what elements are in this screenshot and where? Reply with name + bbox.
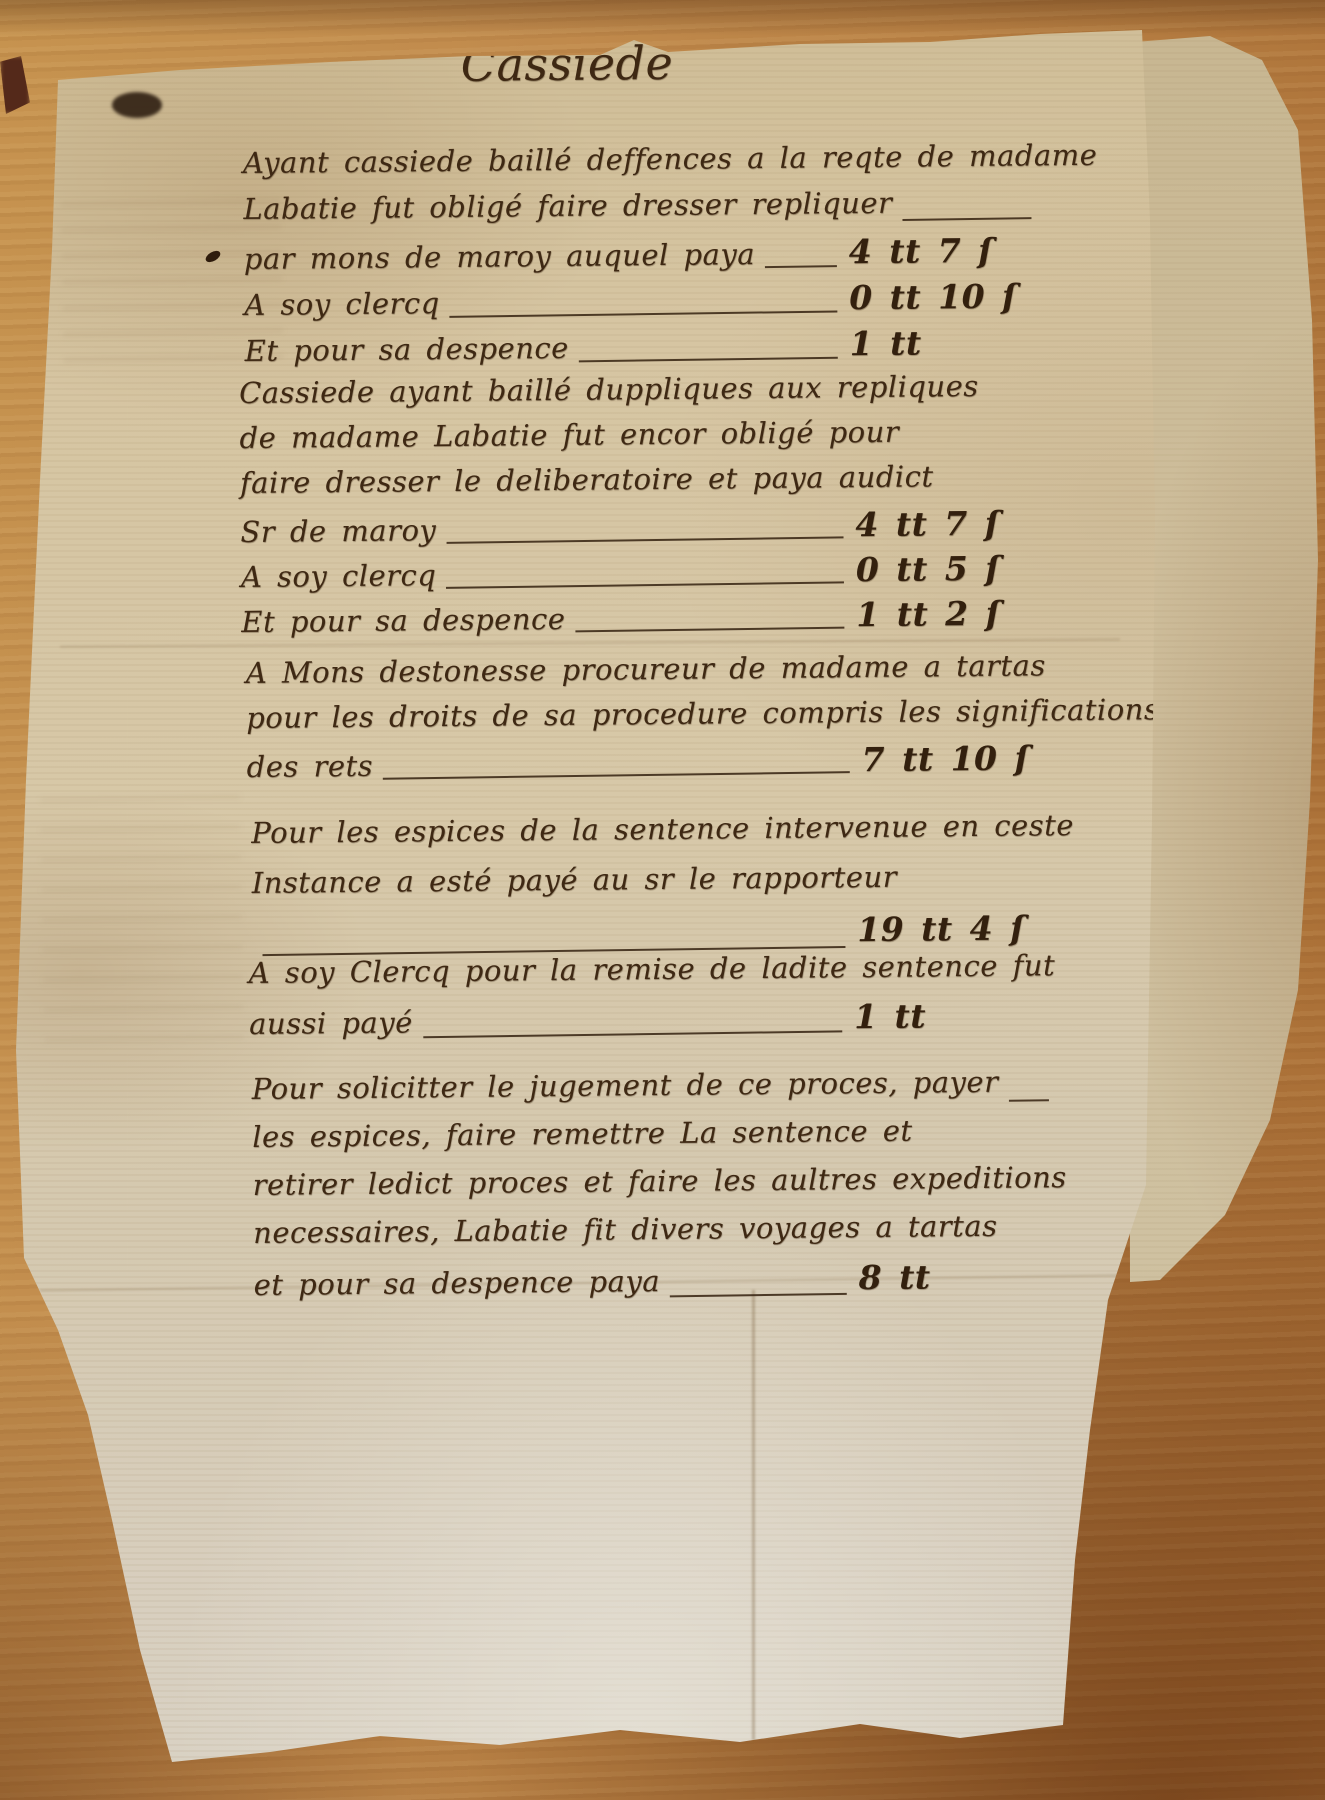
line-text: Et pour sa despence <box>241 602 565 639</box>
line-text: les espices, faire remettre La sentence … <box>252 1114 913 1154</box>
amount-value: 4 tt 7 ſ <box>855 503 1050 544</box>
line-text: Labatie fut obligé faire dresser repliqu… <box>243 186 892 226</box>
account-paragraph: Ayant cassiede baillé deffences a la req… <box>243 138 1045 376</box>
account-paragraph: A Mons destonesse procureur de madame a … <box>246 648 1057 791</box>
text-line: A soy Clercq pour la remise de ladite se… <box>249 948 1049 1003</box>
ink-rule <box>576 627 845 633</box>
line-text: Sr de maroy <box>240 513 436 549</box>
line-text: par mons de maroy auquel paya <box>244 237 756 276</box>
ledger-line: par mons de maroy auquel paya 4 tt 7 ſ <box>244 230 1044 284</box>
line-text: retirer ledict proces et faire les aultr… <box>253 1160 1067 1202</box>
line-text: Instance a esté payé au sr le rapporteur <box>252 860 898 900</box>
amount-value: 1 tt 2 ſ <box>856 593 1051 634</box>
ink-rule <box>765 265 837 268</box>
amount-value: 1 tt <box>849 322 1044 363</box>
line-text: Pour solicitter le jugement de ce proces… <box>252 1065 999 1106</box>
text-line: A Mons destonesse procureur de madame a … <box>246 648 1056 701</box>
line-text: et pour sa despence paya <box>254 1264 661 1302</box>
line-text: A soy clercq <box>241 558 437 594</box>
text-line: Pour les espices de la sentence interven… <box>251 808 1051 866</box>
ink-rule <box>1009 1099 1049 1102</box>
ink-rule <box>423 1030 842 1038</box>
line-text: Pour les espices de la sentence interven… <box>251 808 1074 850</box>
text-line: Pour solicitter le jugement de ce proces… <box>252 1064 1052 1120</box>
ink-rule <box>450 310 838 317</box>
line-text: Ayant cassiede baillé deffences a la req… <box>243 138 1098 180</box>
ink-rule <box>446 536 843 544</box>
text-line: Ayant cassiede baillé deffences a la req… <box>243 138 1043 192</box>
text-line: pour les droits de sa procedure compris … <box>246 693 1056 746</box>
account-paragraph: Pour solicitter le jugement de ce proces… <box>252 1064 1054 1312</box>
text-line: de madame Labatie fut encor obligé pour <box>239 413 1049 466</box>
text-line: Cassiede ayant baillé duppliques aux rep… <box>239 368 1049 421</box>
ink-rule <box>446 581 844 589</box>
ink-rule <box>670 1293 847 1297</box>
ledger-line: Et pour sa despence 1 tt <box>245 322 1045 376</box>
account-paragraph: Cassiede ayant baillé duppliques aux rep… <box>239 368 1052 646</box>
ledger-line: aussi payé 1 tt <box>249 995 1049 1050</box>
text-line: Labatie fut obligé faire dresser repliqu… <box>243 184 1043 238</box>
amount-value: 0 tt 10 ſ <box>849 276 1044 317</box>
ink-rule <box>903 217 1032 221</box>
text-line: Instance a esté payé au sr le rapporteur <box>252 858 1052 916</box>
amount-value: 0 tt 5 ſ <box>856 548 1051 589</box>
line-text: aussi payé <box>249 1005 413 1041</box>
amount-value: 8 tt <box>858 1256 1053 1297</box>
text-line: faire dresser le deliberatoire et paya a… <box>240 458 1050 511</box>
text-line: retirer ledict proces et faire les aultr… <box>253 1160 1053 1216</box>
amount-value: 19 tt 4 ſ <box>857 908 1052 949</box>
line-text: necessaires, Labatie fit divers voyages … <box>253 1209 998 1250</box>
line-text: faire dresser le deliberatoire et paya a… <box>240 459 934 500</box>
ledger-line: Et pour sa despence 1 tt 2 ſ <box>241 593 1051 646</box>
amount-value: 7 tt 10 ſ <box>861 738 1056 779</box>
ledger-line: et pour sa despence paya 8 tt <box>253 1256 1053 1312</box>
line-text: A soy clercq <box>244 286 440 322</box>
ledger-line: A soy clercq 0 tt 10 ſ <box>244 276 1044 330</box>
ledger-line: Sr de maroy 4 tt 7 ſ <box>240 503 1050 556</box>
line-text: de madame Labatie fut encor obligé pour <box>239 415 899 455</box>
account-paragraph: Pour les espices de la sentence interven… <box>251 808 1052 966</box>
ink-rule <box>383 771 850 780</box>
ink-rule <box>579 357 838 363</box>
ledger-line: A soy clercq 0 tt 5 ſ <box>241 548 1051 601</box>
account-paragraph: A soy Clercq pour la remise de ladite se… <box>249 948 1050 1050</box>
text-line: les espices, faire remettre La sentence … <box>252 1112 1052 1168</box>
line-text: Et pour sa despence <box>245 331 569 368</box>
line-text: A soy Clercq pour la remise de ladite se… <box>249 948 1056 990</box>
manuscript-photograph: Cassiede Ayant cassiede baillé deffences… <box>0 0 1325 1800</box>
amount-value: 4 tt 7 ſ <box>849 230 1044 271</box>
ledger-line: des rets 7 tt 10 ſ <box>247 738 1057 791</box>
line-text: des rets <box>247 749 374 784</box>
text-line: necessaires, Labatie fit divers voyages … <box>253 1208 1053 1264</box>
amount-value: 1 tt <box>854 995 1049 1036</box>
line-text: A Mons destonesse procureur de madame a … <box>246 648 1046 690</box>
line-text: Cassiede ayant baillé duppliques aux rep… <box>239 369 979 410</box>
